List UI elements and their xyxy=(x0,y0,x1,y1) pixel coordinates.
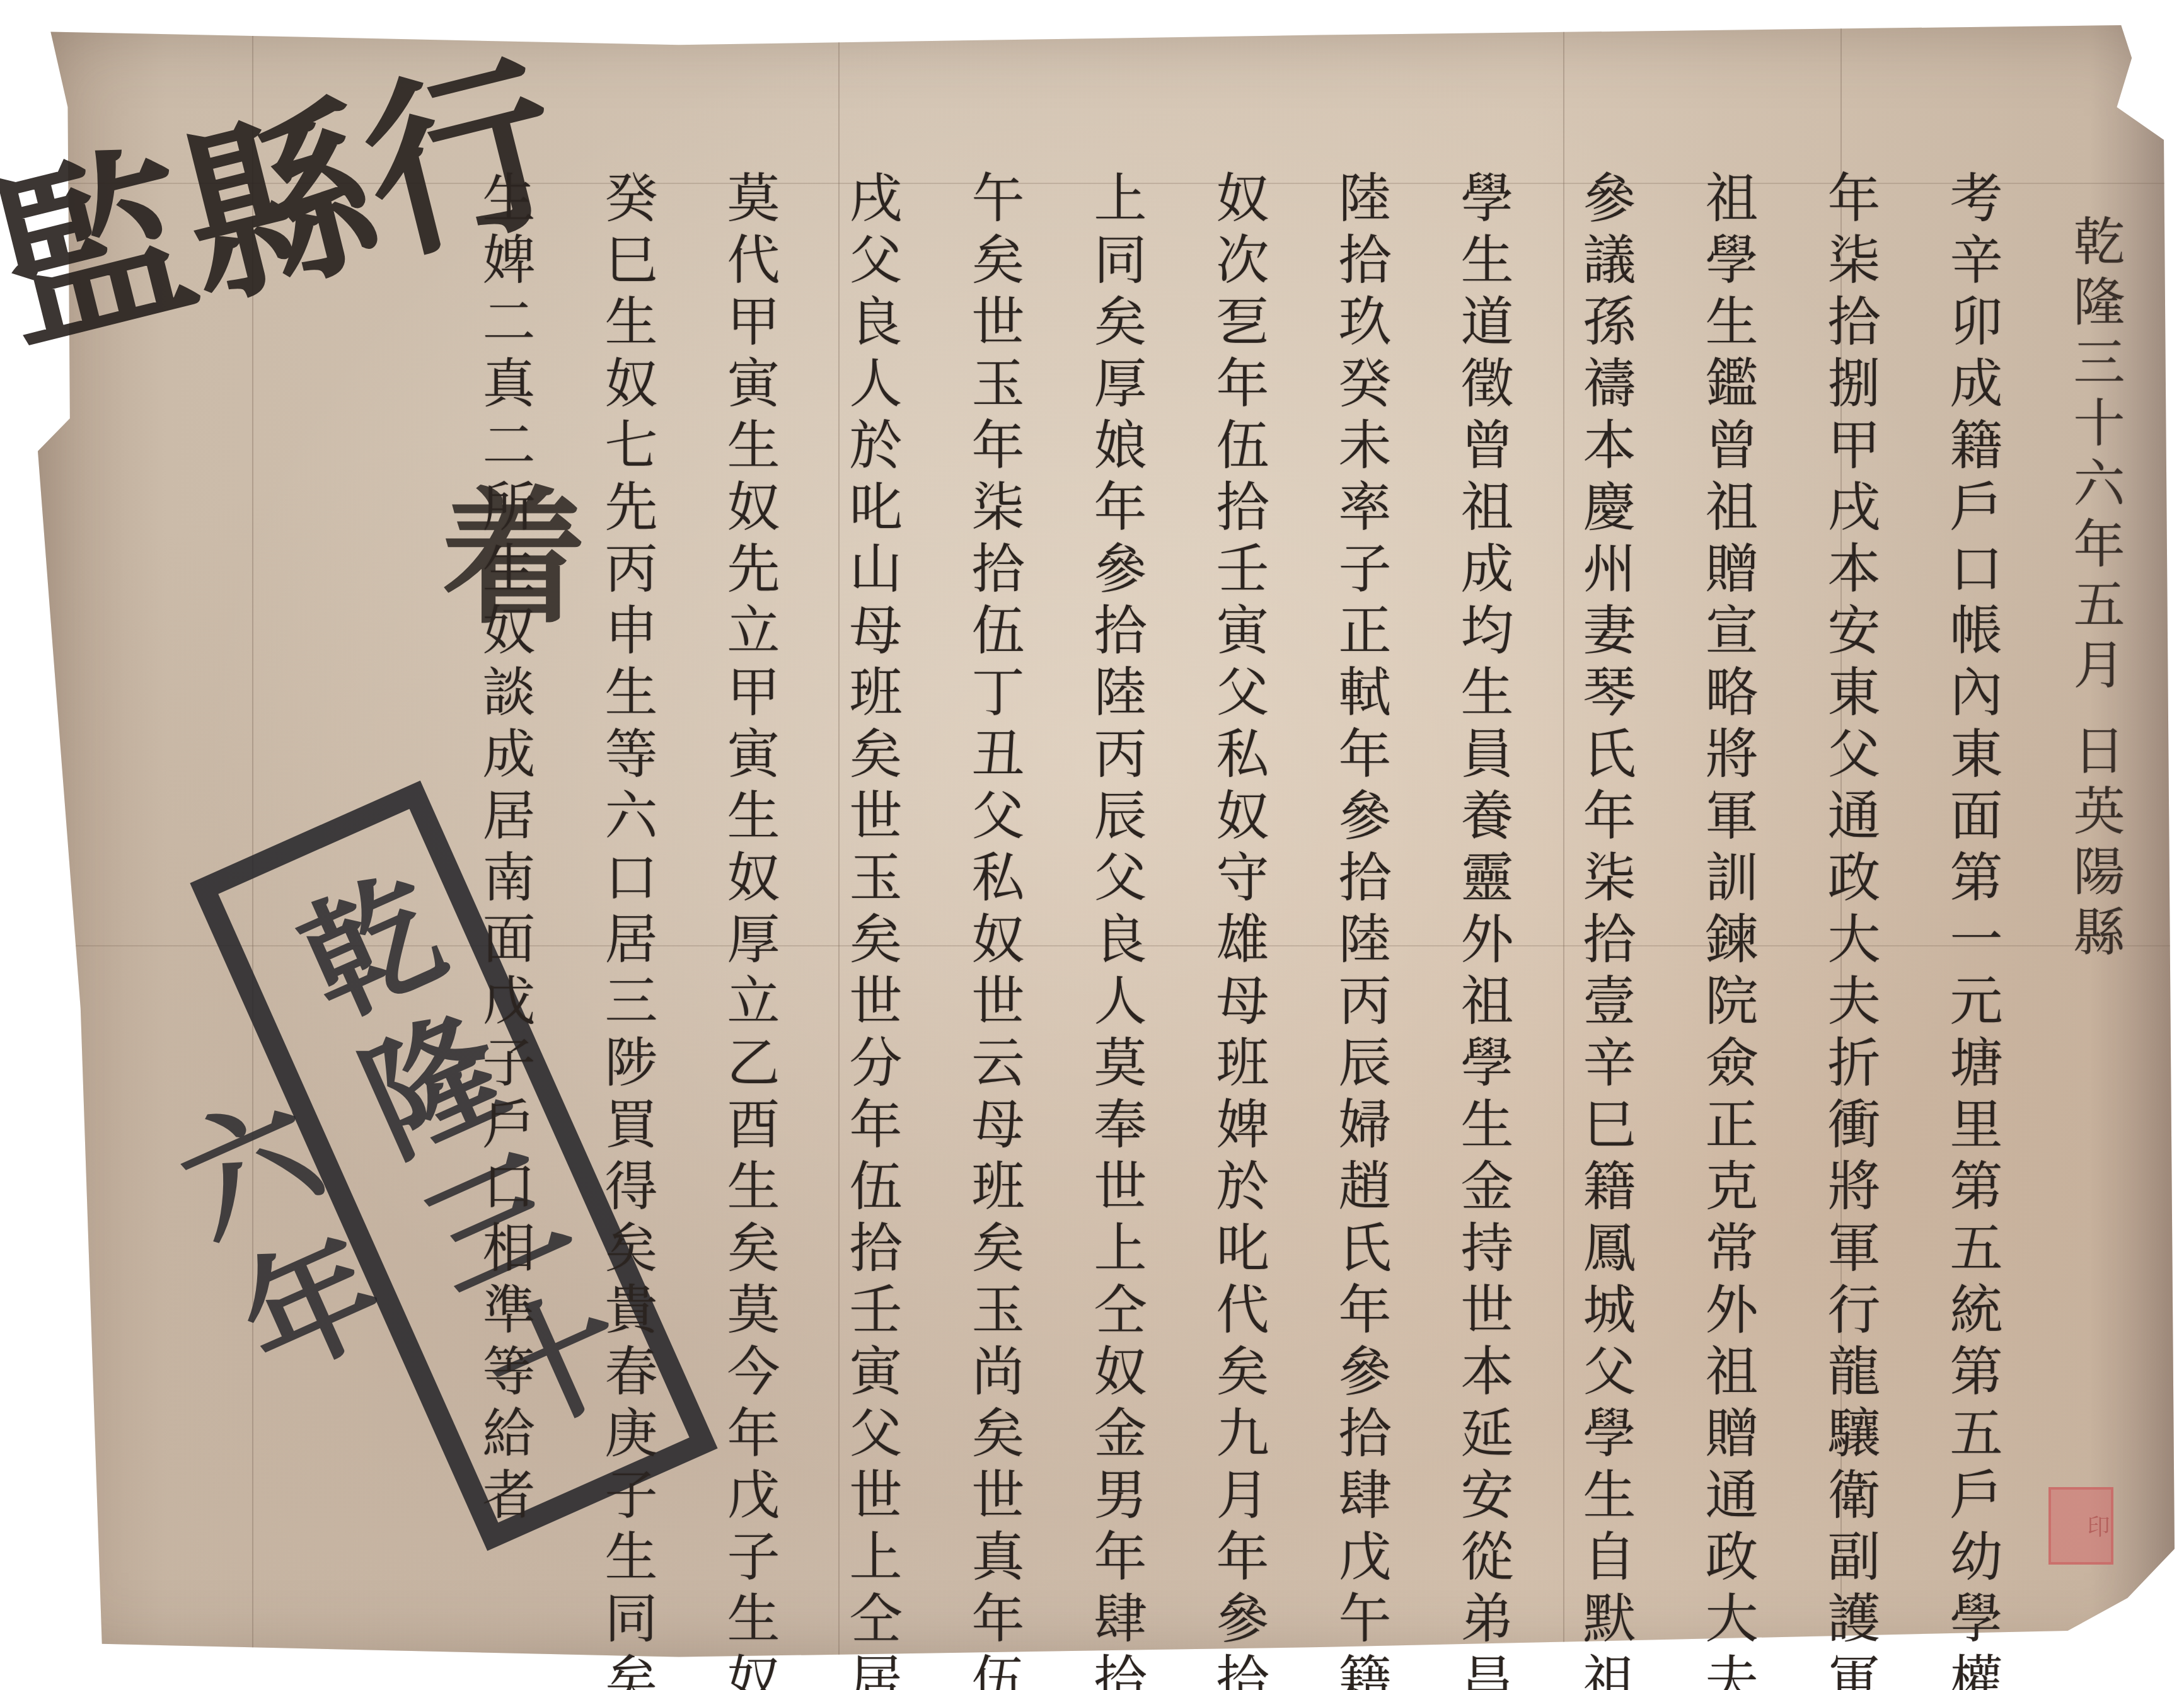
text-column: 考辛卯成籍戶口帳內東面第一元塘里第五統第五戶幼學權昌述 xyxy=(1911,170,2033,1638)
text-column: 癸巳生奴七先丙申生等六口居三陟買得矣貴春庚子生同矣一所 xyxy=(566,170,688,1638)
red-seal: 印 xyxy=(2048,1487,2113,1565)
text-column: 生婢二真二所生奴談成居南面戊子戶口相準等給者 xyxy=(444,170,566,1638)
text-column: 莫代甲寅生奴先立甲寅生奴厚立乙酉生矣莫今年戊子生奴七男 xyxy=(688,170,811,1638)
text-column: 午矣世玉年柒拾伍丁丑父私奴世云母班矣玉尚矣世真年伍拾肆戊 xyxy=(933,170,1055,1638)
text-column: 戌父良人於叱山母班矣世玉矣世分年伍拾壬寅父世上仝居蔚珍矣 xyxy=(811,170,933,1638)
text-column: 年柒拾捌甲戌本安東父通政大夫折衝將軍行龍驤衛副護軍道重 xyxy=(1789,170,1911,1638)
text-column: 陸拾玖癸未率子正軾年參拾陸丙辰婦趙氏年參拾肆戊午籍漢陽 xyxy=(1300,170,1422,1638)
text-column: 奴次乭年伍拾壬寅父私奴守雄母班婢於叱代矣九月年參拾玖癸丑父世 xyxy=(1177,170,1300,1638)
paper-hole xyxy=(49,1251,68,1265)
text-column: 參議孫禱本慶州妻琴氏年柒拾壹辛巳籍鳳城父學生自默祖 xyxy=(1544,170,1667,1638)
text-column: 祖學生鑑曾祖贈宣略將軍訓鍊院僉正克常外祖贈通政大夫戶曹 xyxy=(1667,170,1789,1638)
text-column: 上同矣厚娘年參拾陸丙辰父良人莫奉世上仝奴金男年肆拾陸丙 xyxy=(1055,170,1177,1638)
register-body: 乾隆三十六年五月 日英陽縣 考辛卯成籍戶口帳內東面第一元塘里第五統第五戶幼學權昌… xyxy=(775,170,2156,1638)
date-line: 乾隆三十六年五月 日英陽縣 xyxy=(2033,170,2156,1638)
text-column: 學生道徵曾祖成均生員養靈外祖學生金持世本延安從弟昌達年 xyxy=(1422,170,1544,1638)
